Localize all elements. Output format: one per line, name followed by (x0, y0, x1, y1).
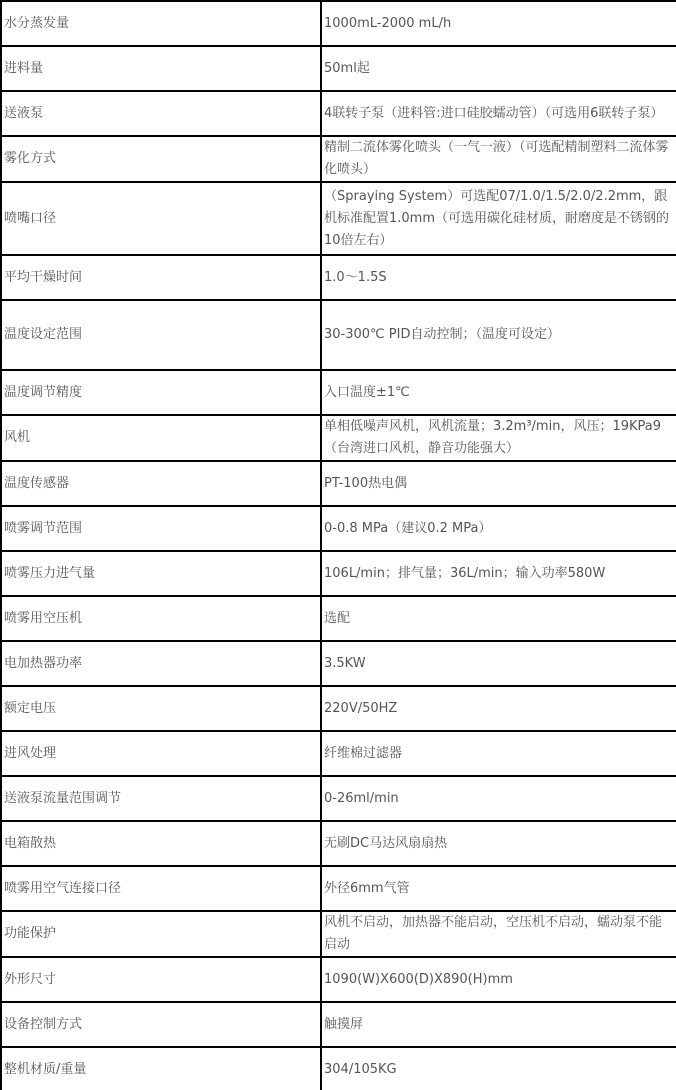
spec-value: 50ml起 (321, 46, 676, 91)
spec-label: 温度调节精度 (1, 370, 321, 415)
spec-value: （Spraying System）可选配07/1.0/1.5/2.0/2.2mm… (321, 182, 676, 255)
table-row: 喷嘴口径 （Spraying System）可选配07/1.0/1.5/2.0/… (1, 182, 676, 255)
spec-value: 4联转子泵（进料管:进口硅胶蠕动管）（可选用6联转子泵） (321, 91, 676, 136)
spec-value: 220V/50HZ (321, 686, 676, 731)
spec-value: 风机不启动，加热器不能启动，空压机不启动，蠕动泵不能启动 (321, 911, 676, 957)
table-row: 额定电压 220V/50HZ (1, 686, 676, 731)
table-row: 平均干燥时间 1.0～1.5S (1, 255, 676, 300)
spec-value: 0-26ml/min (321, 776, 676, 821)
table-row: 送液泵 4联转子泵（进料管:进口硅胶蠕动管）（可选用6联转子泵） (1, 91, 676, 136)
table-row: 喷雾调节范围 0-0.8 MPa（建议0.2 MPa） (1, 506, 676, 551)
spec-value: 3.5KW (321, 641, 676, 686)
table-row: 喷雾用空气连接口径 外径6mm气管 (1, 866, 676, 911)
spec-value: 纤维棉过滤器 (321, 731, 676, 776)
table-row: 温度调节精度 入口温度±1℃ (1, 370, 676, 415)
table-row: 整机材质/重量 304/105KG (1, 1047, 676, 1090)
table-row: 进风处理 纤维棉过滤器 (1, 731, 676, 776)
table-row: 温度设定范围 30-300℃ PID自动控制；（温度可设定） (1, 300, 676, 370)
spec-table-body: 水分蒸发量 1000mL-2000 mL/h 进料量 50ml起 送液泵 4联转… (1, 1, 676, 1090)
spec-label: 雾化方式 (1, 136, 321, 182)
spec-label: 外形尺寸 (1, 957, 321, 1002)
spec-value: 入口温度±1℃ (321, 370, 676, 415)
table-row: 温度传感器 PT-100热电偶 (1, 461, 676, 506)
table-row: 喷雾压力进气量 106L/min；排气量；36L/min；输入功率580W (1, 551, 676, 596)
table-row: 水分蒸发量 1000mL-2000 mL/h (1, 1, 676, 46)
spec-value: 1090(W)X600(D)X890(H)mm (321, 957, 676, 1002)
table-row: 风机 单相低噪声风机，风机流量；3.2m³/min，风压；19KPa9（台湾进口… (1, 415, 676, 461)
spec-table: 水分蒸发量 1000mL-2000 mL/h 进料量 50ml起 送液泵 4联转… (0, 0, 676, 1090)
spec-label: 电箱散热 (1, 821, 321, 866)
spec-label: 喷雾用空气连接口径 (1, 866, 321, 911)
spec-label: 送液泵 (1, 91, 321, 136)
spec-value: 单相低噪声风机，风机流量；3.2m³/min，风压；19KPa9（台湾进口风机，… (321, 415, 676, 461)
spec-label: 水分蒸发量 (1, 1, 321, 46)
spec-label: 设备控制方式 (1, 1002, 321, 1047)
table-row: 外形尺寸 1090(W)X600(D)X890(H)mm (1, 957, 676, 1002)
spec-value: 触摸屏 (321, 1002, 676, 1047)
spec-label: 送液泵流量范围调节 (1, 776, 321, 821)
spec-value: 1000mL-2000 mL/h (321, 1, 676, 46)
spec-label: 风机 (1, 415, 321, 461)
spec-label: 功能保护 (1, 911, 321, 957)
table-row: 设备控制方式 触摸屏 (1, 1002, 676, 1047)
spec-label: 额定电压 (1, 686, 321, 731)
spec-label: 温度传感器 (1, 461, 321, 506)
spec-value: 无刷DC马达风扇扇热 (321, 821, 676, 866)
spec-value: 外径6mm气管 (321, 866, 676, 911)
spec-label: 温度设定范围 (1, 300, 321, 370)
spec-value: PT-100热电偶 (321, 461, 676, 506)
spec-value: 精制二流体雾化喷头（一气一液）（可选配精制塑料二流体雾化喷头） (321, 136, 676, 182)
spec-label: 喷雾压力进气量 (1, 551, 321, 596)
spec-label: 进风处理 (1, 731, 321, 776)
table-row: 功能保护 风机不启动，加热器不能启动，空压机不启动，蠕动泵不能启动 (1, 911, 676, 957)
table-row: 进料量 50ml起 (1, 46, 676, 91)
spec-value: 304/105KG (321, 1047, 676, 1090)
spec-value: 106L/min；排气量；36L/min；输入功率580W (321, 551, 676, 596)
spec-label: 整机材质/重量 (1, 1047, 321, 1090)
spec-label: 电加热器功率 (1, 641, 321, 686)
table-row: 喷雾用空压机 选配 (1, 596, 676, 641)
table-row: 送液泵流量范围调节 0-26ml/min (1, 776, 676, 821)
spec-label: 喷雾调节范围 (1, 506, 321, 551)
table-row: 电箱散热 无刷DC马达风扇扇热 (1, 821, 676, 866)
table-row: 电加热器功率 3.5KW (1, 641, 676, 686)
spec-value: 0-0.8 MPa（建议0.2 MPa） (321, 506, 676, 551)
spec-label: 平均干燥时间 (1, 255, 321, 300)
spec-value: 30-300℃ PID自动控制；（温度可设定） (321, 300, 676, 370)
spec-label: 喷嘴口径 (1, 182, 321, 255)
spec-value: 选配 (321, 596, 676, 641)
spec-label: 进料量 (1, 46, 321, 91)
spec-value: 1.0～1.5S (321, 255, 676, 300)
spec-label: 喷雾用空压机 (1, 596, 321, 641)
table-row: 雾化方式 精制二流体雾化喷头（一气一液）（可选配精制塑料二流体雾化喷头） (1, 136, 676, 182)
